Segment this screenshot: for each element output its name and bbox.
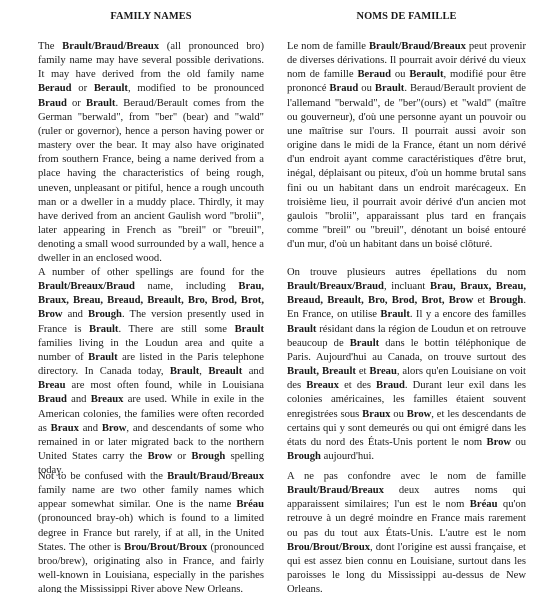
surname-emphasis: Brough xyxy=(489,295,523,306)
surname-emphasis: Brault xyxy=(170,366,199,377)
surname-emphasis: Brough xyxy=(191,451,225,462)
surname-emphasis: Brault/Braud/Breaux xyxy=(167,471,264,482)
french-paragraph-similar-names: A ne pas confondre avec le nom de famill… xyxy=(287,470,526,593)
surname-emphasis: Braux xyxy=(51,423,79,434)
surname-emphasis: Brou/Brout/Broux xyxy=(124,542,207,553)
surname-emphasis: Berault xyxy=(94,83,128,94)
surname-emphasis: Bréau xyxy=(236,499,264,510)
surname-emphasis: Brow xyxy=(148,451,173,462)
surname-emphasis: Braux xyxy=(362,409,390,420)
surname-emphasis: Beraud xyxy=(38,83,72,94)
surname-emphasis: Brault/Braud/Breaux xyxy=(62,41,159,52)
english-paragraph-derivation: The Brault/Braud/Breaux (all pronounced … xyxy=(38,40,264,267)
surname-emphasis: Braud xyxy=(38,98,67,109)
surname-emphasis: Breau xyxy=(369,366,396,377)
surname-emphasis: Brault xyxy=(89,324,118,335)
surname-emphasis: Brow xyxy=(487,437,512,448)
french-heading: NOMS DE FAMILLE xyxy=(287,11,526,22)
surname-emphasis: Bréau xyxy=(470,499,498,510)
surname-emphasis: Braud xyxy=(38,394,67,405)
surname-emphasis: Brough xyxy=(287,451,321,462)
surname-emphasis: Brault xyxy=(350,338,379,349)
french-paragraph-derivation: Le nom de famille Brault/Braud/Breaux pe… xyxy=(287,40,526,252)
surname-emphasis: Brault xyxy=(287,324,316,335)
surname-emphasis: Brault xyxy=(375,83,404,94)
surname-emphasis: Breault xyxy=(208,366,242,377)
surname-emphasis: Brow xyxy=(102,423,127,434)
surname-emphasis: Breau xyxy=(38,380,65,391)
english-heading: FAMILY NAMES xyxy=(38,11,264,22)
surname-emphasis: Braud xyxy=(376,380,405,391)
surname-emphasis: Brault/Breaux/Braud xyxy=(38,281,135,292)
surname-emphasis: Brow xyxy=(407,409,432,420)
surname-emphasis: Brault xyxy=(88,352,117,363)
surname-emphasis: Brault xyxy=(380,309,409,320)
surname-emphasis: Breaux xyxy=(91,394,124,405)
english-paragraph-similar-names: Not to be confused with the Brault/Braud… xyxy=(38,470,264,593)
surname-emphasis: Brou/Brout/Broux xyxy=(287,542,370,553)
surname-emphasis: Brault, Breault xyxy=(287,366,356,377)
surname-emphasis: Brault xyxy=(235,324,264,335)
english-paragraph-spellings: A number of other spellings are found fo… xyxy=(38,266,264,478)
french-paragraph-spellings: On trouve plusieurs autres épellations d… xyxy=(287,266,526,464)
surname-emphasis: Brault xyxy=(86,98,115,109)
surname-emphasis: Braud xyxy=(329,83,358,94)
surname-emphasis: Brault/Braud/Breaux xyxy=(369,41,466,52)
surname-emphasis: Brault/Braud/Breaux xyxy=(287,485,384,496)
surname-emphasis: Brault/Breaux/Braud xyxy=(287,281,384,292)
surname-emphasis: Breaux xyxy=(306,380,339,391)
surname-emphasis: Berault xyxy=(409,69,443,80)
surname-emphasis: Brough xyxy=(88,309,122,320)
surname-emphasis: Beraud xyxy=(357,69,391,80)
